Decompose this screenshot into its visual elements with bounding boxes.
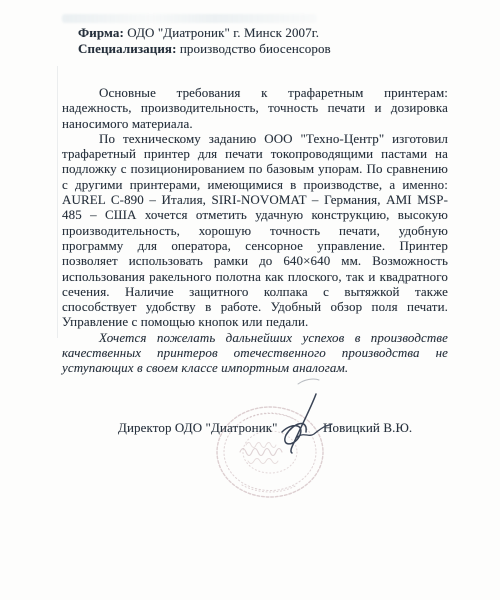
specialization-line: Специализация: производство биосенсоров bbox=[78, 41, 331, 57]
scan-fold-line bbox=[57, 66, 58, 338]
scanned-letter: Фирма: ОДО "Диатроник" г. Минск 2007г. С… bbox=[0, 0, 500, 600]
firm-value: ОДО "Диатроник" г. Минск 2007г. bbox=[124, 25, 319, 40]
paragraph-wishes: Хочется пожелать дальнейших успехов в пр… bbox=[62, 330, 448, 376]
letter-body: Основные требования к трафаретным принте… bbox=[62, 85, 448, 376]
specialization-value: производство биосенсоров bbox=[177, 41, 331, 56]
director-signature bbox=[272, 376, 342, 468]
bleed-through-artifact bbox=[62, 14, 317, 23]
letter-header: Фирма: ОДО "Диатроник" г. Минск 2007г. С… bbox=[78, 25, 331, 56]
firm-line: Фирма: ОДО "Диатроник" г. Минск 2007г. bbox=[78, 25, 331, 41]
paragraph-printer-description: По техническому заданию ООО "Техно-Центр… bbox=[62, 131, 448, 330]
specialization-label: Специализация: bbox=[78, 41, 177, 56]
signature-title: Директор ОДО "Диатроник" bbox=[118, 420, 278, 436]
paragraph-requirements: Основные требования к трафаретным принте… bbox=[62, 85, 448, 131]
firm-label: Фирма: bbox=[78, 25, 124, 40]
